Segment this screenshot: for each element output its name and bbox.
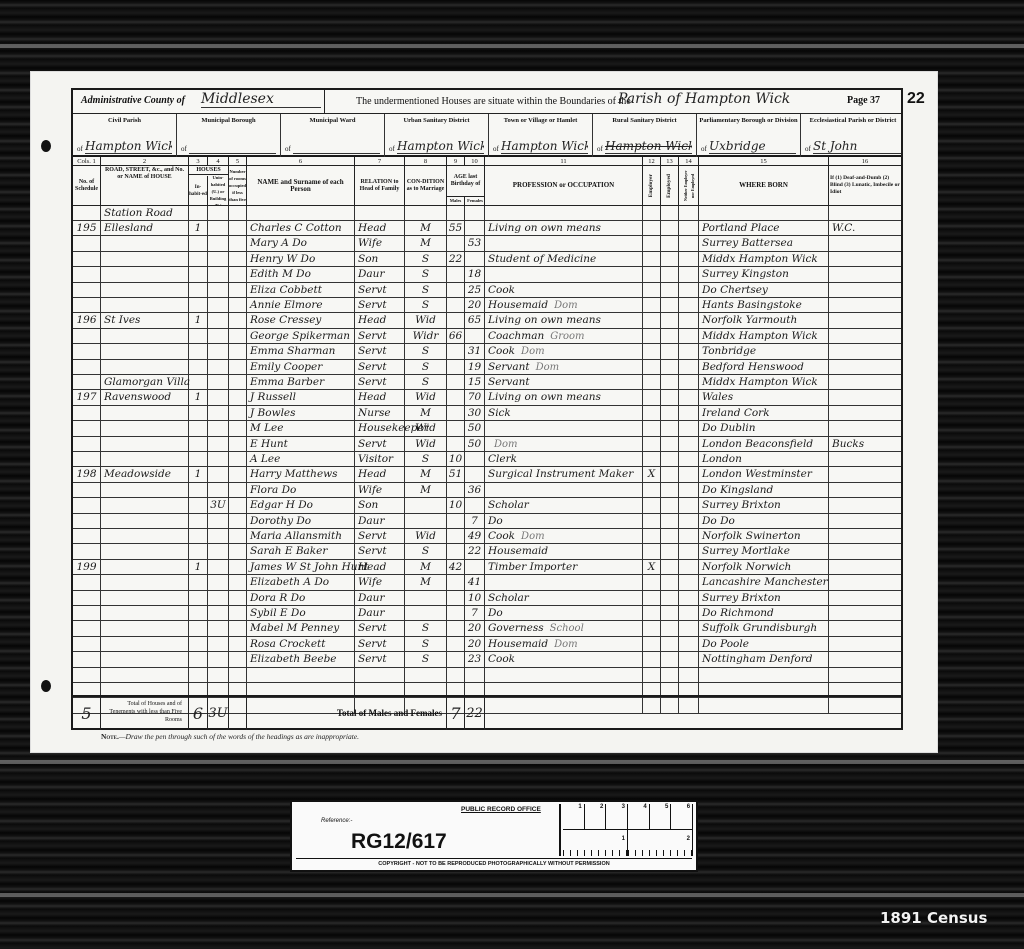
cell-uninhabited xyxy=(208,452,229,466)
cell-where-born: Wales xyxy=(699,390,829,404)
cell-rooms xyxy=(229,206,247,220)
cell-employer xyxy=(643,437,661,451)
reference-label: Reference:- xyxy=(321,818,352,824)
cell-employer xyxy=(643,390,661,404)
form-header: Administrative County of Middlesex The u… xyxy=(73,90,901,114)
female-age-value: 65 xyxy=(468,314,481,326)
occupation-annotation: Dom xyxy=(554,300,578,311)
condition-value: S xyxy=(422,361,429,373)
female-age-value: 7 xyxy=(471,607,478,619)
cell-employed xyxy=(661,206,679,220)
house-value: St Ives xyxy=(104,314,140,326)
header-neither-label: Neither Employer nor Employed xyxy=(682,167,696,204)
cell-where-born xyxy=(699,206,829,220)
occupation-annotation: Dom xyxy=(554,639,578,650)
cell-house xyxy=(101,498,189,512)
cell-rooms xyxy=(229,498,247,512)
cell-neither xyxy=(679,236,699,250)
cell-inhabited xyxy=(189,621,208,635)
relation-value: Servt xyxy=(358,530,387,542)
cell-schedule: 197 xyxy=(73,390,101,404)
header-neither: Neither Employer nor Employed xyxy=(679,166,699,205)
inhabited-value: 1 xyxy=(195,561,202,573)
table-row: Henry W DoSonS22Student of MedicineMiddx… xyxy=(73,252,901,267)
table-row: Maria AllansmithServtWid49CookDomNorfolk… xyxy=(73,529,901,544)
cell-where-born: Norfolk Yarmouth xyxy=(699,313,829,327)
cell-female-age: 53 xyxy=(465,236,485,250)
cell-infirmity xyxy=(829,313,901,327)
scan-band xyxy=(0,760,1024,764)
cell-condition: M xyxy=(405,406,447,420)
relation-value: Servt xyxy=(358,545,387,557)
cell-female-age xyxy=(465,452,485,466)
cell-rooms xyxy=(229,329,247,343)
where-born-value: Surrey Brixton xyxy=(702,592,781,604)
female-age-value: 20 xyxy=(468,622,481,634)
condition-value: S xyxy=(422,453,429,465)
cell-schedule xyxy=(73,252,101,266)
cell-where-born: Do Chertsey xyxy=(699,283,829,297)
record-office: PUBLIC RECORD OFFICE xyxy=(461,806,541,813)
cell-infirmity xyxy=(829,668,901,682)
cell-female-age: 10 xyxy=(465,591,485,605)
district-label: Parliamentary Borough or Division xyxy=(697,117,800,125)
cell-female-age: 20 xyxy=(465,637,485,651)
cell-relation: Head xyxy=(355,467,405,481)
cell-rooms xyxy=(229,375,247,389)
name-value: Sybil E Do xyxy=(250,607,306,619)
condition-value: S xyxy=(422,622,429,634)
cell-name: Emma Sharman xyxy=(247,344,355,358)
cell-rooms xyxy=(229,452,247,466)
house-value: Meadowside xyxy=(104,468,171,480)
cell-rooms xyxy=(229,421,247,435)
cell-occupation: CookDom xyxy=(485,529,643,543)
cell-occupation: Living on own means xyxy=(485,221,643,235)
cell-house xyxy=(101,544,189,558)
cell-where-born: Surrey Battersea xyxy=(699,236,829,250)
cell-house xyxy=(101,591,189,605)
cell-occupation: Scholar xyxy=(485,591,643,605)
cell-occupation xyxy=(485,575,643,589)
cell-name: Rosa Crockett xyxy=(247,637,355,651)
occupation-value: Cook xyxy=(488,653,515,665)
district-municipal-borough: Municipal Boroughof xyxy=(177,114,281,157)
cell-employed xyxy=(661,313,679,327)
inhabited-value: 1 xyxy=(195,314,202,326)
cell-relation: Head xyxy=(355,313,405,327)
page-number: Page 37 xyxy=(847,95,880,106)
female-age-value: 50 xyxy=(468,438,481,450)
where-born-value: Do Poole xyxy=(702,638,749,650)
cell-neither xyxy=(679,437,699,451)
name-value: M Lee xyxy=(250,422,284,434)
cell-infirmity xyxy=(829,467,901,481)
cell-name: Edith M Do xyxy=(247,267,355,281)
header-infirmity: If (1) Deaf-and-Dumb (2) Blind (3) Lunat… xyxy=(829,166,901,205)
where-born-value: Hants Basingstoke xyxy=(702,299,802,311)
male-age-value: 10 xyxy=(449,499,462,511)
cell-female-age xyxy=(465,668,485,682)
table-row: Edith M DoDaurS18Surrey Kingston xyxy=(73,267,901,282)
cell-employer xyxy=(643,283,661,297)
female-age-value: 20 xyxy=(468,299,481,311)
relation-value: Daur xyxy=(358,515,384,527)
cell-name: E Hunt xyxy=(247,437,355,451)
cell-condition xyxy=(405,591,447,605)
cell-male-age xyxy=(447,313,465,327)
total-schedules: 5 xyxy=(73,697,101,730)
header-schedule: No. of Schedule xyxy=(73,166,101,205)
totals-row: 5 Total of Houses and of Tenements with … xyxy=(73,695,901,728)
cell-male-age xyxy=(447,283,465,297)
cell-condition: M xyxy=(405,575,447,589)
condition-value: Wid xyxy=(415,530,436,542)
table-row: A LeeVisitorS10ClerkLondon xyxy=(73,452,901,467)
table-row: Emma SharmanServtS31CookDomTonbridge xyxy=(73,344,901,359)
note-prefix: Note. xyxy=(101,732,119,741)
cell-condition: M xyxy=(405,483,447,497)
cell-where-born: Surrey Brixton xyxy=(699,591,829,605)
cell-where-born: Norfolk Swinerton xyxy=(699,529,829,543)
where-born-value: Norfolk Swinerton xyxy=(702,530,801,542)
cell-condition xyxy=(405,206,447,220)
cell-male-age: 10 xyxy=(447,498,465,512)
where-born-value: Surrey Battersea xyxy=(702,237,793,249)
road-heading-row: Station Road xyxy=(73,206,901,221)
cell-infirmity: W.C. xyxy=(829,221,901,235)
district-label: Urban Sanitary District xyxy=(385,117,488,125)
female-age-value: 31 xyxy=(468,345,481,357)
column-number: 10 xyxy=(465,157,485,166)
cell-where-born: Middx Hampton Wick xyxy=(699,329,829,343)
name-value: James W St John Hunt xyxy=(250,561,369,573)
cell-occupation xyxy=(485,267,643,281)
relation-value: Daur xyxy=(358,607,384,619)
occupation-value: Do xyxy=(488,515,503,527)
where-born-value: Surrey Mortlake xyxy=(702,545,790,557)
cell-employed xyxy=(661,637,679,651)
cell-condition xyxy=(405,514,447,528)
table-row: M LeeHousekeeperWid50Do Dublin xyxy=(73,421,901,436)
district-ecclesiastical-parish-or-district: Ecclesiastical Parish or DistrictofSt Jo… xyxy=(801,114,905,157)
cell-relation: Visitor xyxy=(355,452,405,466)
cell-occupation: Cook xyxy=(485,652,643,666)
cell-infirmity xyxy=(829,652,901,666)
table-row: Mary A DoWifeM53Surrey Battersea xyxy=(73,236,901,251)
condition-value: S xyxy=(422,345,429,357)
column-number: 11 xyxy=(485,157,643,166)
cell-infirmity xyxy=(829,267,901,281)
cell-inhabited xyxy=(189,298,208,312)
cell-relation: Servt xyxy=(355,283,405,297)
cell-infirmity xyxy=(829,421,901,435)
cell-house xyxy=(101,483,189,497)
house-value: Glamorgan Villa xyxy=(104,376,190,388)
cell-neither xyxy=(679,668,699,682)
condition-value: M xyxy=(420,468,431,480)
cell-relation: Servt xyxy=(355,621,405,635)
column-number: 2 xyxy=(101,157,189,166)
column-number: Cols. 1 xyxy=(73,157,101,166)
cell-where-born: Hants Basingstoke xyxy=(699,298,829,312)
column-number: 16 xyxy=(829,157,901,166)
name-value: Emma Sharman xyxy=(250,345,335,357)
condition-value: Wid xyxy=(415,314,436,326)
occupation-annotation: Dom xyxy=(521,531,545,542)
cell-uninhabited xyxy=(208,298,229,312)
where-born-value: Middx Hampton Wick xyxy=(702,253,818,265)
condition-value: Wid xyxy=(415,438,436,450)
header-employed: Employed xyxy=(661,166,679,205)
cell-uninhabited xyxy=(208,514,229,528)
occupation-value: Coachman xyxy=(488,330,544,342)
cell-rooms xyxy=(229,344,247,358)
cell-rooms xyxy=(229,406,247,420)
cell-condition: Wid xyxy=(405,529,447,543)
cell-male-age xyxy=(447,621,465,635)
cell-neither xyxy=(679,298,699,312)
name-value: Annie Elmore xyxy=(250,299,323,311)
occupation-value: Cook xyxy=(488,284,515,296)
cell-neither xyxy=(679,483,699,497)
district-of: of xyxy=(285,145,291,153)
cell-male-age xyxy=(447,591,465,605)
header-houses: HOUSES In-habit-ed Unin-habited (U.) or … xyxy=(189,166,229,205)
cell-female-age: 50 xyxy=(465,421,485,435)
cell-male-age xyxy=(447,390,465,404)
cell-relation: Servt xyxy=(355,637,405,651)
relation-value: Servt xyxy=(358,638,387,650)
where-born-value: Norfolk Yarmouth xyxy=(702,314,797,326)
admin-county-value: Middlesex xyxy=(201,91,321,108)
cell-occupation: Sick xyxy=(485,406,643,420)
cell-house xyxy=(101,575,189,589)
cell-occupation: CoachmanGroom xyxy=(485,329,643,343)
cell-uninhabited xyxy=(208,529,229,543)
female-age-value: 19 xyxy=(468,361,481,373)
punch-hole xyxy=(41,140,51,152)
cell-condition: M xyxy=(405,467,447,481)
cell-employed xyxy=(661,252,679,266)
table-row: Flora DoWifeM36Do Kingsland xyxy=(73,483,901,498)
name-value: Flora Do xyxy=(250,484,296,496)
cell-employer xyxy=(643,606,661,620)
column-number: 6 xyxy=(247,157,355,166)
cell-neither xyxy=(679,421,699,435)
cell-schedule xyxy=(73,483,101,497)
cell-neither xyxy=(679,467,699,481)
where-born-value: Do Richmond xyxy=(702,607,774,619)
cell-occupation: Surgical Instrument Maker xyxy=(485,467,643,481)
where-born-value: Ireland Cork xyxy=(702,407,770,419)
occupation-value: Living on own means xyxy=(488,314,601,326)
cell-male-age: 66 xyxy=(447,329,465,343)
where-born-value: Surrey Kingston xyxy=(702,268,789,280)
condition-value: M xyxy=(420,484,431,496)
cell-condition: S xyxy=(405,621,447,635)
cell-relation xyxy=(355,206,405,220)
cell-rooms xyxy=(229,560,247,574)
cell-employed xyxy=(661,621,679,635)
column-number: 5 xyxy=(229,157,247,166)
cell-where-born: Middx Hampton Wick xyxy=(699,252,829,266)
cell-male-age xyxy=(447,344,465,358)
header-name: NAME and Surname of each Person xyxy=(247,166,355,205)
cell-employed xyxy=(661,421,679,435)
cell-male-age: 51 xyxy=(447,467,465,481)
cell-relation: Servt xyxy=(355,329,405,343)
name-value: Dora R Do xyxy=(250,592,305,604)
cell-neither xyxy=(679,329,699,343)
cell-uninhabited xyxy=(208,606,229,620)
district-urban-sanitary-district: Urban Sanitary DistrictofHampton Wick xyxy=(385,114,489,157)
header-employer: Employer xyxy=(643,166,661,205)
cell-relation: Son xyxy=(355,252,405,266)
cell-where-born: Portland Place xyxy=(699,221,829,235)
cell-employed xyxy=(661,467,679,481)
cell-male-age: 55 xyxy=(447,221,465,235)
cell-house xyxy=(101,637,189,651)
cell-schedule: 198 xyxy=(73,467,101,481)
cell-uninhabited xyxy=(208,283,229,297)
cell-where-born: Surrey Brixton xyxy=(699,498,829,512)
name-value: Edgar H Do xyxy=(250,499,313,511)
cell-rooms xyxy=(229,252,247,266)
cell-schedule xyxy=(73,283,101,297)
district-of: of xyxy=(389,145,395,153)
cell-neither xyxy=(679,652,699,666)
cell-infirmity xyxy=(829,252,901,266)
header-road: ROAD, STREET, &c., and No. or NAME of HO… xyxy=(101,166,189,205)
cell-schedule: 196 xyxy=(73,313,101,327)
cell-name: J Russell xyxy=(247,390,355,404)
cell-schedule xyxy=(73,236,101,250)
column-number: 4 xyxy=(208,157,229,166)
cell-employer xyxy=(643,514,661,528)
cell-inhabited xyxy=(189,591,208,605)
cell-name: Elizabeth Beebe xyxy=(247,652,355,666)
cell-neither xyxy=(679,514,699,528)
female-age-value: 22 xyxy=(468,545,481,557)
cell-uninhabited xyxy=(208,437,229,451)
occupation-value: Cook xyxy=(488,345,515,357)
cell-relation: Daur xyxy=(355,267,405,281)
cell-house xyxy=(101,529,189,543)
cell-house xyxy=(101,621,189,635)
cell-occupation: Scholar xyxy=(485,498,643,512)
cell-occupation: Dom xyxy=(485,437,643,451)
cell-employed xyxy=(661,283,679,297)
occupation-value: Governess xyxy=(488,622,544,634)
name-value: Mary A Do xyxy=(250,237,307,249)
cell-rooms xyxy=(229,606,247,620)
scale-tick: 1 xyxy=(563,804,585,829)
cell-employed xyxy=(661,375,679,389)
cell-condition: S xyxy=(405,298,447,312)
cell-schedule xyxy=(73,514,101,528)
inhabited-value: 1 xyxy=(195,222,202,234)
cell-employed xyxy=(661,544,679,558)
cell-where-born: Tonbridge xyxy=(699,344,829,358)
cell-infirmity: Bucks xyxy=(829,437,901,451)
cell-house xyxy=(101,652,189,666)
cell-schedule: 199 xyxy=(73,560,101,574)
condition-value: S xyxy=(422,653,429,665)
cell-house xyxy=(101,421,189,435)
table-row: Emily CooperServtS19ServantDomBedford He… xyxy=(73,360,901,375)
cell-female-age: 49 xyxy=(465,529,485,543)
cell-schedule xyxy=(73,437,101,451)
cell-occupation: Housemaid xyxy=(485,544,643,558)
scale-cm: 1 2 3 4 5 6 xyxy=(563,804,693,830)
relation-value: Servt xyxy=(358,284,387,296)
cell-condition: S xyxy=(405,252,447,266)
cell-male-age xyxy=(447,514,465,528)
relation-value: Servt xyxy=(358,361,387,373)
cell-employer xyxy=(643,252,661,266)
table-row: 198Meadowside1Harry MatthewsHeadM51Surgi… xyxy=(73,467,901,482)
cell-relation: Wife xyxy=(355,236,405,250)
where-born-value: Wales xyxy=(702,391,733,403)
female-age-value: 20 xyxy=(468,638,481,650)
cell-infirmity xyxy=(829,514,901,528)
scale-tick: 3 xyxy=(606,804,628,829)
cell-house xyxy=(101,560,189,574)
table-row: Elizabeth A DoWifeM41Lancashire Manchest… xyxy=(73,575,901,590)
employer-value: X xyxy=(648,561,655,573)
relation-value: Wife xyxy=(358,484,382,496)
cell-schedule xyxy=(73,375,101,389)
cell-occupation: Living on own means xyxy=(485,313,643,327)
cell-relation: Daur xyxy=(355,591,405,605)
table-row: Sarah E BakerServtS22HousemaidSurrey Mor… xyxy=(73,544,901,559)
cell-uninhabited xyxy=(208,467,229,481)
cell-inhabited xyxy=(189,575,208,589)
cell-schedule xyxy=(73,452,101,466)
condition-value: S xyxy=(422,284,429,296)
table-row: Dorothy DoDaur7DoDo Do xyxy=(73,514,901,529)
occupation-annotation: Groom xyxy=(550,331,584,342)
cell-inhabited xyxy=(189,360,208,374)
cell-inhabited xyxy=(189,483,208,497)
cell-occupation: Clerk xyxy=(485,452,643,466)
cell-employer xyxy=(643,575,661,589)
cell-inhabited xyxy=(189,283,208,297)
name-value: Eliza Cobbett xyxy=(250,284,322,296)
cell-condition: Wid xyxy=(405,313,447,327)
cell-schedule xyxy=(73,668,101,682)
cell-inhabited xyxy=(189,529,208,543)
cell-female-age xyxy=(465,467,485,481)
where-born-value: London xyxy=(702,453,742,465)
cell-male-age xyxy=(447,668,465,682)
cell-uninhabited xyxy=(208,252,229,266)
cell-inhabited: 1 xyxy=(189,313,208,327)
where-born-value: Middx Hampton Wick xyxy=(702,376,818,388)
cell-male-age xyxy=(447,236,465,250)
cell-name: J Bowles xyxy=(247,406,355,420)
cell-uninhabited xyxy=(208,390,229,404)
condition-value: S xyxy=(422,268,429,280)
female-age-value: 15 xyxy=(468,376,481,388)
cell-inhabited xyxy=(189,606,208,620)
table-row: 195Ellesland1Charles C CottonHeadM55Livi… xyxy=(73,221,901,236)
relation-value: Wife xyxy=(358,237,382,249)
cell-name xyxy=(247,668,355,682)
cell-rooms xyxy=(229,514,247,528)
cell-schedule xyxy=(73,637,101,651)
